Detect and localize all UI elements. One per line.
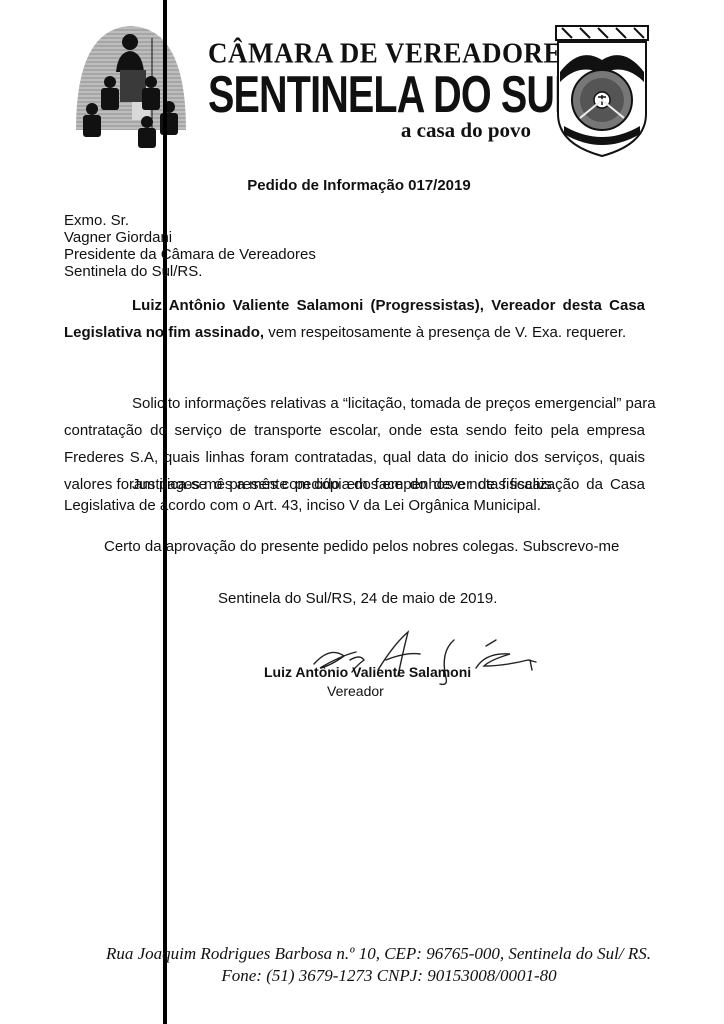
addressee-line: Exmo. Sr.	[64, 212, 316, 229]
footer-contact-text: Fone: (51) 3679-1273 CNPJ: 90153008/0001…	[221, 966, 556, 985]
addressee-block: Exmo. Sr. Vagner Giordani Presidente da …	[64, 212, 316, 280]
justification-line: Justifica-se o presente pedido em face d…	[64, 474, 645, 495]
signer-name: Luiz Antônio Valiente Salamoni	[264, 664, 471, 681]
request-line: Frederes S.A, quais linhas foram contrat…	[64, 444, 645, 471]
document-title: Pedido de Informação 017/2019	[0, 177, 724, 194]
footer-address: Rua Joaquim Rodrigues Barbosa n.º 10, CE…	[106, 944, 651, 964]
document-title-text: Pedido de Informação 017/2019	[247, 177, 470, 194]
signer-role: Vereador	[327, 683, 384, 700]
justification-paragraph: Justifica-se o presente pedido em face d…	[64, 474, 645, 516]
chamber-tagline: a casa do povo	[401, 118, 531, 143]
footer-contact: Fone: (51) 3679-1273 CNPJ: 90153008/0001…	[0, 966, 724, 986]
date-line: Sentinela do Sul/RS, 24 de maio de 2019.	[218, 590, 497, 607]
municipal-coat-of-arms-icon	[550, 22, 654, 160]
intro-bold-text: Legislativa no fim assinado,	[64, 324, 264, 341]
justification-line: Legislativa de acordo com o Art. 43, inc…	[64, 495, 645, 516]
intro-rest-text: vem respeitosamente à presença de V. Exa…	[264, 324, 626, 341]
request-line: Solicito informações relativas a “licita…	[64, 390, 645, 417]
addressee-line: Sentinela do Sul/RS.	[64, 263, 316, 280]
intro-line: Luiz Antônio Valiente Salamoni (Progress…	[64, 292, 645, 319]
addressee-line: Vagner Giordani	[64, 229, 316, 246]
request-line: contratação do serviço de transporte esc…	[64, 417, 645, 444]
addressee-line: Presidente da Câmara de Vereadores	[64, 246, 316, 263]
intro-paragraph: Luiz Antônio Valiente Salamoni (Progress…	[64, 292, 645, 346]
chamber-title-line2: SENTINELA DO SUL	[208, 64, 577, 124]
closing-sentence: Certo da aprovação do presente pedido pe…	[104, 538, 619, 555]
assembly-people-icon	[72, 20, 190, 150]
intro-line: Legislativa no fim assinado, vem respeit…	[64, 319, 645, 346]
